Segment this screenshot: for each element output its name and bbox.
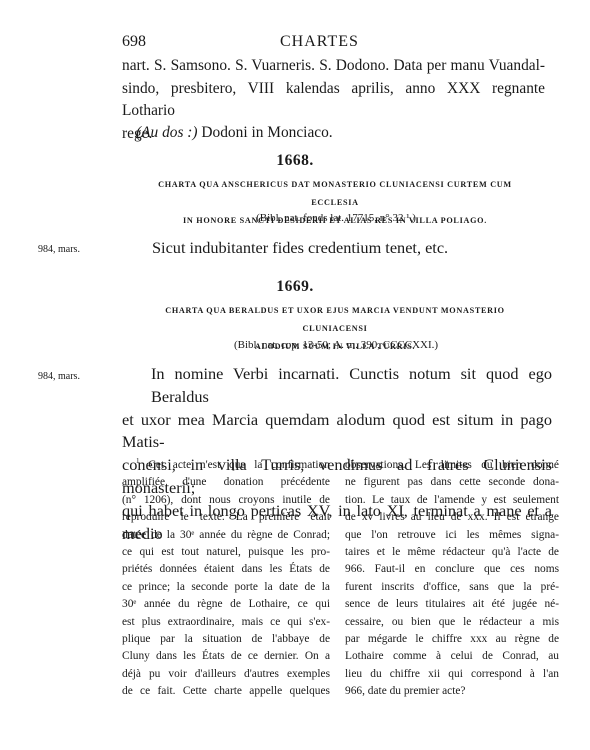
footnote-line: 1 Cet acte n'est que la confirmation	[122, 457, 330, 474]
footnote-line: reproduire le texte. La première était	[122, 509, 330, 526]
footnote-line: par mégarde le chiffre xxx au règne de	[345, 631, 559, 648]
text-line: nart. S. Samsono. S. Vuarneris. S. Dodon…	[122, 55, 545, 78]
footnote-line: plique par la situation de l'abbaye de	[122, 631, 330, 648]
footnote-line: 30ᵉ année du règne de Lothaire, ce qui	[122, 596, 330, 613]
footnote-line: (n° 1206), dont nous croyons inutile de	[122, 492, 330, 509]
footnote-line: Lothaire comme à celui de Conrad, au	[345, 648, 559, 665]
endorsement-label: (Au dos :)	[136, 124, 198, 141]
footnote-line: lieu du chiffre xii qui correspond à l'a…	[345, 666, 559, 683]
charter-incipit: Sicut indubitanter fides credentium tene…	[152, 237, 552, 260]
footnote-left-column: 1 Cet acte n'est que la confirmation amp…	[122, 457, 330, 701]
footnote-line: priétés données étaient dans les États d…	[122, 561, 330, 578]
footnote-line: taires et le même rédacteur qu'à l'acte …	[345, 544, 559, 561]
footnote-marker: 1	[136, 457, 140, 465]
footnote-line: amplifiée d'une donation précédente	[122, 474, 330, 491]
rubric-line: CHARTA QUA BERALDUS ET UXOR EJUS MARCIA …	[150, 302, 520, 338]
footnote-line: datée de la 30ᵉ année du règne de Conrad…	[122, 527, 330, 544]
footnote-line: cessaire, ou bien que le rédacteur a mis	[345, 614, 559, 631]
charter-number: 1669.	[0, 278, 590, 296]
document-page: 698 CHARTES nart. S. Samsono. S. Vuarner…	[0, 0, 590, 750]
rubric-line: CHARTA QUA ANSCHERICUS DAT MONASTERIO CL…	[150, 176, 520, 212]
footnote-line: ce qui est tout naturel, puisque les pro…	[122, 544, 330, 561]
endorsement: (Au dos :) Dodoni in Monciaco.	[136, 122, 536, 145]
footnote-line: 966. Faut-il en conclure que ces noms	[345, 561, 559, 578]
running-head: 698 CHARTES	[122, 33, 542, 53]
footnote-line: sence de leurs titulaires ait été jugée …	[345, 596, 559, 613]
footnote-line: observations. Les limites du bien donné	[345, 457, 559, 474]
page-number: 698	[122, 33, 146, 51]
footnote-line: de ce fait. Cette charte appelle quelque…	[122, 683, 330, 700]
footnote-line: de xv livres au lieu de xxx. Il est étra…	[345, 509, 559, 526]
footnote-line: que l'on retrouve ici les mêmes signa-	[345, 527, 559, 544]
footnote-line: tion. Le taux de l'amende y est seulemen…	[345, 492, 559, 509]
footnote-line: ce prince; la seconde porte la date de l…	[122, 579, 330, 596]
margin-date: 984, mars.	[38, 371, 80, 382]
charter-source: (Bibl. nat. cop. 13-50; A. m. 390, CCCCX…	[0, 339, 590, 351]
charter-number: 1668.	[0, 152, 590, 170]
text-line: et uxor mea Marcia quemdam alodum quod e…	[122, 409, 552, 455]
text-line: sindo, presbitero, VIII kalendas aprilis…	[122, 78, 545, 123]
footnote-right-column: observations. Les limites du bien donné …	[345, 457, 559, 701]
footnote-line: 966, date du premier acte?	[345, 683, 559, 700]
endorsement-text: Dodoni in Monciaco.	[201, 124, 332, 141]
footnote-line: déjà pu voir d'ailleurs d'autres exemple…	[122, 666, 330, 683]
footnote-line: est plus extraordinaire, mais ce qui s'e…	[122, 614, 330, 631]
footnote-line: Cluny dans les États de ce dernier. On a	[122, 648, 330, 665]
text-line: In nomine Verbi incarnati. Cunctis notum…	[122, 363, 552, 409]
running-title: CHARTES	[280, 33, 359, 51]
charter-source: (Bibl. nat. fonds lat. 17715, n° 32 ¹.)	[0, 212, 590, 224]
margin-date: 984, mars.	[38, 244, 80, 255]
footnote-line: ne figurent pas dans cette seconde dona-	[345, 474, 559, 491]
footnote-line: furent inscrits d'office, sans que la pr…	[345, 579, 559, 596]
